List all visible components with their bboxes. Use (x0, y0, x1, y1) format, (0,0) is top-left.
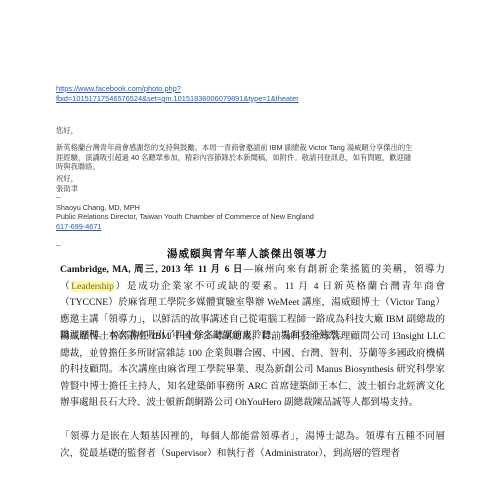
facebook-link-line-1[interactable]: https://www.facebook.com/photo.php? (56, 84, 181, 93)
closing: 祝好， (56, 174, 314, 184)
facebook-link-line-2[interactable]: fbid=10151717546576524&set=gm.1015183600… (56, 94, 299, 103)
article-paragraph-2: 湯威頤博士曾經擔任 IBM 中國分公司副總裁，目前為科技全球管理顧問公司 I3n… (60, 329, 445, 412)
email-signature: 祝好， 張劭聿 -- Shaoyu Chang, MD, MPH Public … (56, 174, 314, 251)
sender-title: Public Relations Director, Taiwan Youth … (56, 212, 314, 222)
intro-line: 新英格蘭台灣青年商會感謝您的支持與鼓勵。本周一青商會邀請前 IBM 副總裁 Vi… (56, 143, 446, 153)
sender-chinese-name: 張劭聿 (56, 184, 314, 194)
dateline: Cambridge, MA, 周三, 2013 年 11 月 6 日 (60, 264, 244, 275)
facebook-link[interactable]: https://www.facebook.com/photo.php? fbid… (56, 84, 299, 104)
intro-line: 涯經驗，演講吸引超過 40 名聽眾參加，精彩內容節錄於本新聞稿，如附件。敬請刊登… (56, 153, 446, 163)
article-title: 湯威頤與青年華人談傑出領導力 (0, 246, 495, 261)
email-greeting: 您好， (56, 126, 78, 136)
document-page: https://www.facebook.com/photo.php? fbid… (0, 0, 495, 495)
separator: -- (56, 193, 314, 203)
article-paragraph-3: 「領導力是嵌在人類基因裡的，每個人都能當領導者」，湯博士認為。領導有五種不同層次… (60, 429, 445, 462)
email-intro: 新英格蘭台灣青年商會感謝您的支持與鼓勵。本周一青商會邀請前 IBM 副總裁 Vi… (56, 143, 446, 172)
sender-name: Shaoyu Chang, MD, MPH (56, 203, 314, 213)
phone-link[interactable]: 617-699-4671 (56, 222, 314, 232)
intro-line: 時與我聯絡。 (56, 162, 446, 172)
highlighted-term: Leadership (71, 281, 114, 292)
